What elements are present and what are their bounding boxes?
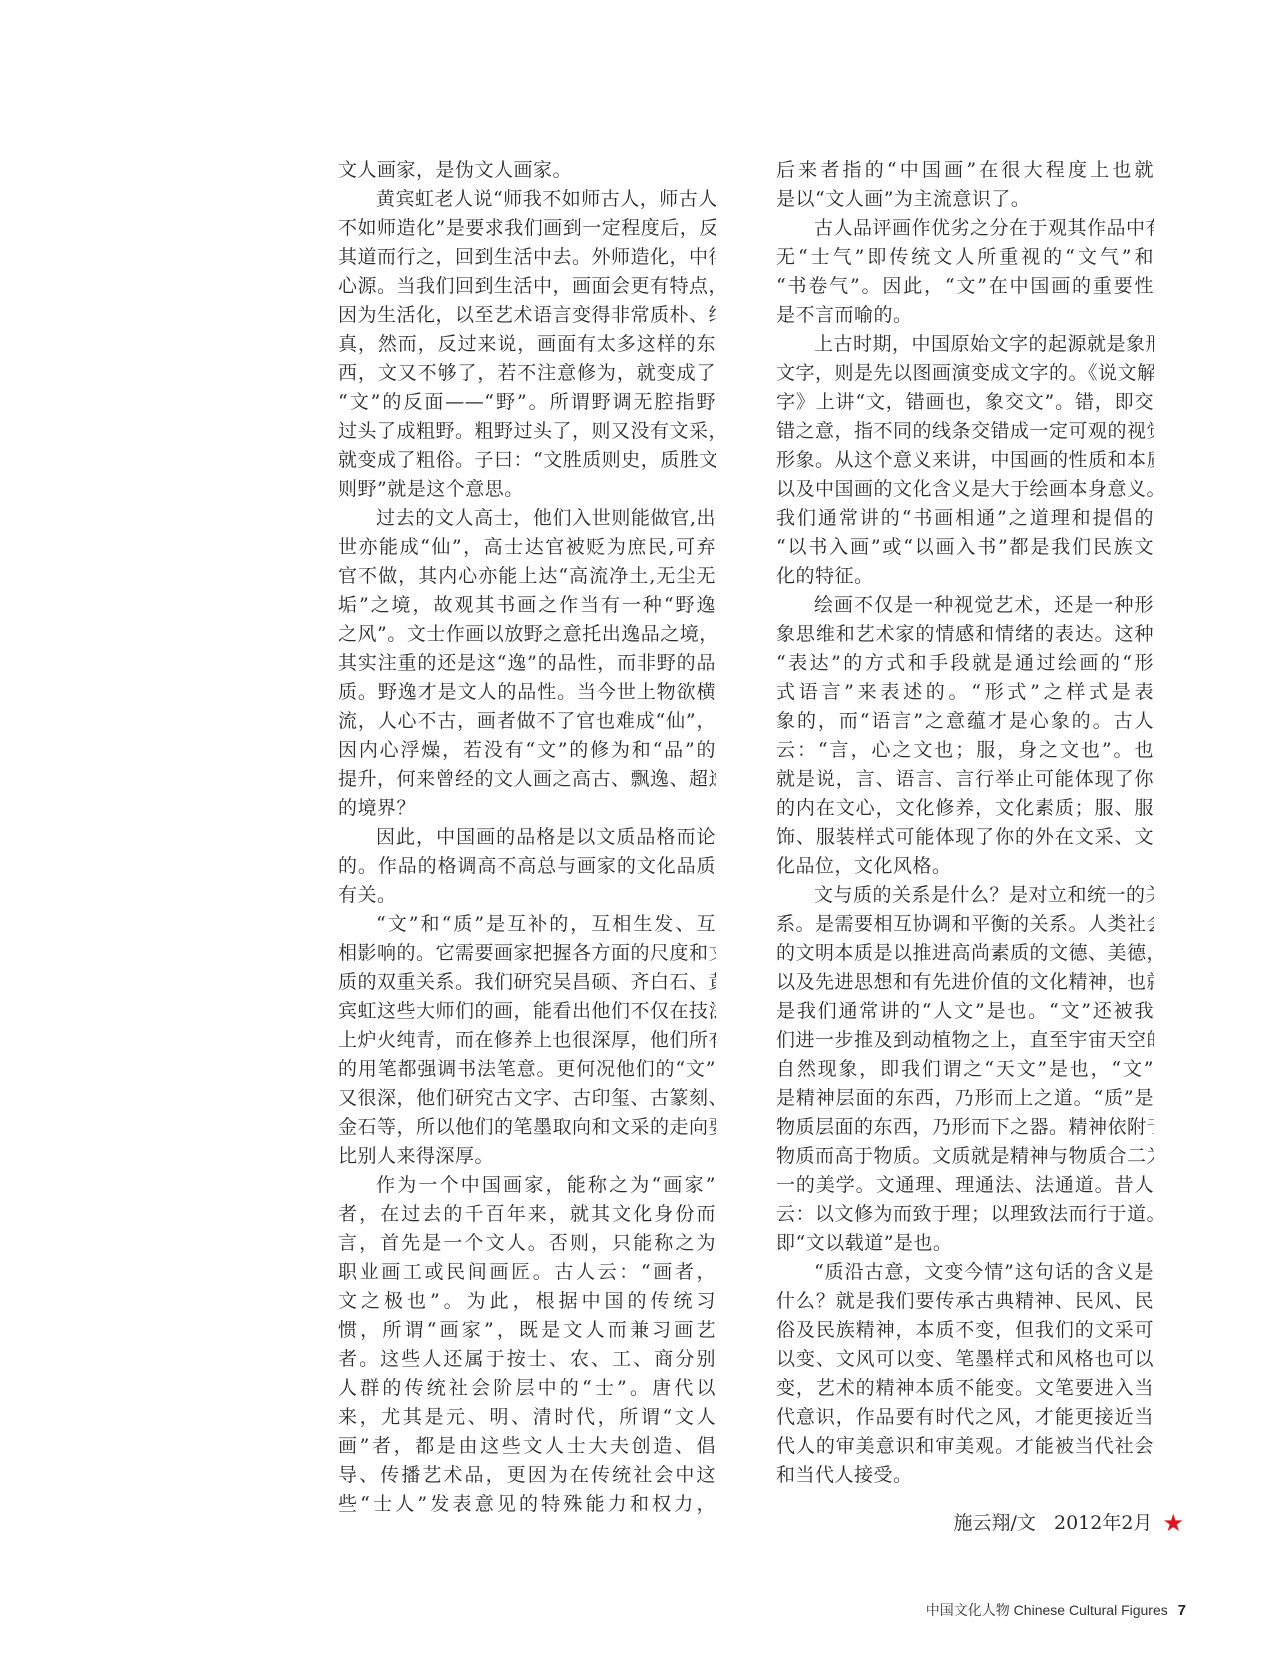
text-line: 来，尤其是元、明、清时代，所谓“文人: [338, 1403, 716, 1432]
page-number: 7: [1178, 1602, 1186, 1619]
text-line: 云：以文修为而致于理；以理致法而行于道。: [776, 1200, 1154, 1229]
article-column-right: 后来者指的“中国画”在很大程度上也就是以“文人画”为主流意识了。古人品评画作优劣…: [776, 156, 1154, 1490]
text-line: 上炉火纯青，而在修养上也很深厚，他们所有: [338, 1026, 716, 1055]
text-line: 俗及民族精神，本质不变，但我们的文采可: [776, 1316, 1154, 1345]
text-line: 惯，所谓“画家”，既是文人而兼习画艺: [338, 1316, 716, 1345]
author-byline: 施云翔/文: [954, 1512, 1036, 1534]
text-line: 其道而行之，回到生活中去。外师造化，中得: [338, 243, 716, 272]
text-line: 因此，中国画的品格是以文质品格而论: [338, 823, 716, 852]
text-line: “以书入画”或“以画入书”都是我们民族文: [776, 533, 1154, 562]
text-line: 画”者，都是由这些文人士大夫创造、倡: [338, 1432, 716, 1461]
text-line: 物质层面的东西，乃形而下之器。精神依附于: [776, 1113, 1154, 1142]
text-line: 相影响的。它需要画家把握各方面的尺度和文: [338, 939, 716, 968]
text-line: 言，首先是一个文人。否则，只能称之为: [338, 1229, 716, 1258]
text-line: 是我们通常讲的“人文”是也。“文”还被我: [776, 997, 1154, 1026]
text-line: 的用笔都强调书法笔意。更何况他们的“文”: [338, 1055, 716, 1084]
text-line: 质。野逸才是文人的品性。当今世上物欲横: [338, 678, 716, 707]
text-line: 的文明本质是以推进高尚素质的文德、美德，: [776, 939, 1154, 968]
text-line: 是精神层面的东西，乃形而上之道。“质”是: [776, 1084, 1154, 1113]
text-line: 之风”。文士作画以放野之意托出逸品之境，: [338, 620, 716, 649]
text-line: 后来者指的“中国画”在很大程度上也就: [776, 156, 1154, 185]
text-line: 和当代人接受。: [776, 1461, 1154, 1490]
text-line: 我们通常讲的“书画相通”之道理和提倡的: [776, 504, 1154, 533]
text-line: 的境界？: [338, 794, 716, 823]
text-line: 因为生活化，以至艺术语言变得非常质朴、纯: [338, 301, 716, 330]
text-line: 代人的审美意识和审美观。才能被当代社会: [776, 1432, 1154, 1461]
text-line: 则野”就是这个意思。: [338, 475, 716, 504]
text-line: “表达”的方式和手段就是通过绘画的“形: [776, 649, 1154, 678]
text-line: 的内在文心，文化修养，文化素质；服、服: [776, 794, 1154, 823]
text-line: 过去的文人高士，他们入世则能做官,出: [338, 504, 716, 533]
text-line: 象思维和艺术家的情感和情绪的表达。这种: [776, 620, 1154, 649]
text-line: 饰、服装样式可能体现了你的外在文采、文: [776, 823, 1154, 852]
article-column-left: 文人画家，是伪文人画家。黄宾虹老人说“师我不如师古人，师古人不如师造化”是要求我…: [338, 156, 716, 1519]
text-line: 错之意，指不同的线条交错成一定可观的视觉: [776, 417, 1154, 446]
text-line: 文与质的关系是什么？是对立和统一的关: [776, 881, 1154, 910]
text-line: 作为一个中国画家，能称之为“画家”: [338, 1171, 716, 1200]
text-line: 变，艺术的精神本质不能变。文笔要进入当: [776, 1374, 1154, 1403]
text-line: 世亦能成“仙”，高士达官被贬为庶民,可弃: [338, 533, 716, 562]
text-line: 文人画家，是伪文人画家。: [338, 156, 716, 185]
text-line: 化品位，文化风格。: [776, 852, 1154, 881]
text-line: 文之极也”。为此，根据中国的传统习: [338, 1287, 716, 1316]
text-line: 系。是需要相互协调和平衡的关系。人类社会: [776, 910, 1154, 939]
text-line: 自然现象，即我们谓之“天文”是也，“文”: [776, 1055, 1154, 1084]
text-line: 们进一步推及到动植物之上，直至宇宙天空的: [776, 1026, 1154, 1055]
publication-title: 中国文化人物 Chinese Cultural Figures: [926, 1602, 1168, 1618]
text-line: 上古时期，中国原始文字的起源就是象形: [776, 330, 1154, 359]
text-line: 其实注重的还是这“逸”的品性，而非野的品: [338, 649, 716, 678]
text-line: 者，在过去的千百年来，就其文化身份而: [338, 1200, 716, 1229]
text-line: 文字，则是先以图画演变成文字的。《说文解: [776, 359, 1154, 388]
text-line: 象的，而“语言”之意蕴才是心象的。古人: [776, 707, 1154, 736]
text-line: 是以“文人画”为主流意识了。: [776, 185, 1154, 214]
text-line: 即“文以载道”是也。: [776, 1229, 1154, 1258]
text-line: 就变成了粗俗。子曰：“文胜质则史，质胜文: [338, 446, 716, 475]
text-line: 云：“言，心之文也；服，身之文也”。也: [776, 736, 1154, 765]
text-line: 黄宾虹老人说“师我不如师古人，师古人: [338, 185, 716, 214]
text-line: 是不言而喻的。: [776, 301, 1154, 330]
text-line: 化的特征。: [776, 562, 1154, 591]
text-line: 过头了成粗野。粗野过头了，则又没有文采，: [338, 417, 716, 446]
text-line: 不如师造化”是要求我们画到一定程度后，反: [338, 214, 716, 243]
text-line: 代意识，作品要有时代之风，才能更接近当: [776, 1403, 1154, 1432]
text-line: 垢”之境，故观其书画之作当有一种“野逸: [338, 591, 716, 620]
text-line: 形象。从这个意义来讲，中国画的性质和本质: [776, 446, 1154, 475]
text-line: 又很深，他们研究古文字、古印玺、古篆刻、: [338, 1084, 716, 1113]
text-line: 以及中国画的文化含义是大于绘画本身意义。: [776, 475, 1154, 504]
text-line: 真，然而，反过来说，画面有太多这样的东: [338, 330, 716, 359]
text-line: 绘画不仅是一种视觉艺术，还是一种形: [776, 591, 1154, 620]
text-line: 些“士人”发表意见的特殊能力和权力，: [338, 1490, 716, 1519]
text-line: 式语言”来表述的。“形式”之样式是表: [776, 678, 1154, 707]
text-line: 有关。: [338, 881, 716, 910]
text-line: 古人品评画作优劣之分在于观其作品中有: [776, 214, 1154, 243]
text-line: 以及先进思想和有先进价值的文化精神，也就: [776, 968, 1154, 997]
text-line: 流，人心不古，画者做不了官也难成“仙”，: [338, 707, 716, 736]
text-line: 就是说，言、语言、言行举止可能体现了你: [776, 765, 1154, 794]
text-line: “文”和“质”是互补的，互相生发、互: [338, 910, 716, 939]
text-line: 官不做，其内心亦能上达“高流净土,无尘无: [338, 562, 716, 591]
article-signature: 施云翔/文 2012年2月 ★: [776, 1509, 1184, 1538]
text-line: 以变、文风可以变、笔墨样式和风格也可以: [776, 1345, 1154, 1374]
text-line: “文”的反面——“野”。所谓野调无腔指野: [338, 388, 716, 417]
text-line: 什么？就是我们要传承古典精神、民风、民: [776, 1287, 1154, 1316]
text-line: 无“士气”即传统文人所重视的“文气”和: [776, 243, 1154, 272]
page-footer: 中国文化人物 Chinese Cultural Figures 7: [820, 1600, 1186, 1620]
article-date: 2012年2月: [1054, 1512, 1152, 1534]
text-line: 宾虹这些大师们的画，能看出他们不仅在技法: [338, 997, 716, 1026]
text-line: 因内心浮燥，若没有“文”的修为和“品”的: [338, 736, 716, 765]
text-line: 提升，何来曾经的文人画之高古、飘逸、超逸: [338, 765, 716, 794]
text-line: 金石等，所以他们的笔墨取向和文采的走向要: [338, 1113, 716, 1142]
text-line: 职业画工或民间画匠。古人云：“画者，: [338, 1258, 716, 1287]
star-icon: ★: [1162, 1509, 1184, 1537]
text-line: 质的双重关系。我们研究吴昌硕、齐白石、黄: [338, 968, 716, 997]
text-line: 物质而高于物质。文质就是精神与物质合二为: [776, 1142, 1154, 1171]
text-line: “质沿古意，文变今情”这句话的含义是: [776, 1258, 1154, 1287]
text-line: 一的美学。文通理、理通法、法通道。昔人: [776, 1171, 1154, 1200]
text-line: 心源。当我们回到生活中，画面会更有特点，: [338, 272, 716, 301]
text-line: 导、传播艺术品，更因为在传统社会中这: [338, 1461, 716, 1490]
text-line: 字》上讲“文，错画也，象交文”。错，即交: [776, 388, 1154, 417]
text-line: 人群的传统社会阶层中的“士”。唐代以: [338, 1374, 716, 1403]
text-line: 者。这些人还属于按士、农、工、商分别: [338, 1345, 716, 1374]
text-line: 比别人来得深厚。: [338, 1142, 716, 1171]
text-line: “书卷气”。因此，“文”在中国画的重要性: [776, 272, 1154, 301]
text-line: 西，文又不够了，若不注意修为，就变成了: [338, 359, 716, 388]
text-line: 的。作品的格调高不高总与画家的文化品质: [338, 852, 716, 881]
